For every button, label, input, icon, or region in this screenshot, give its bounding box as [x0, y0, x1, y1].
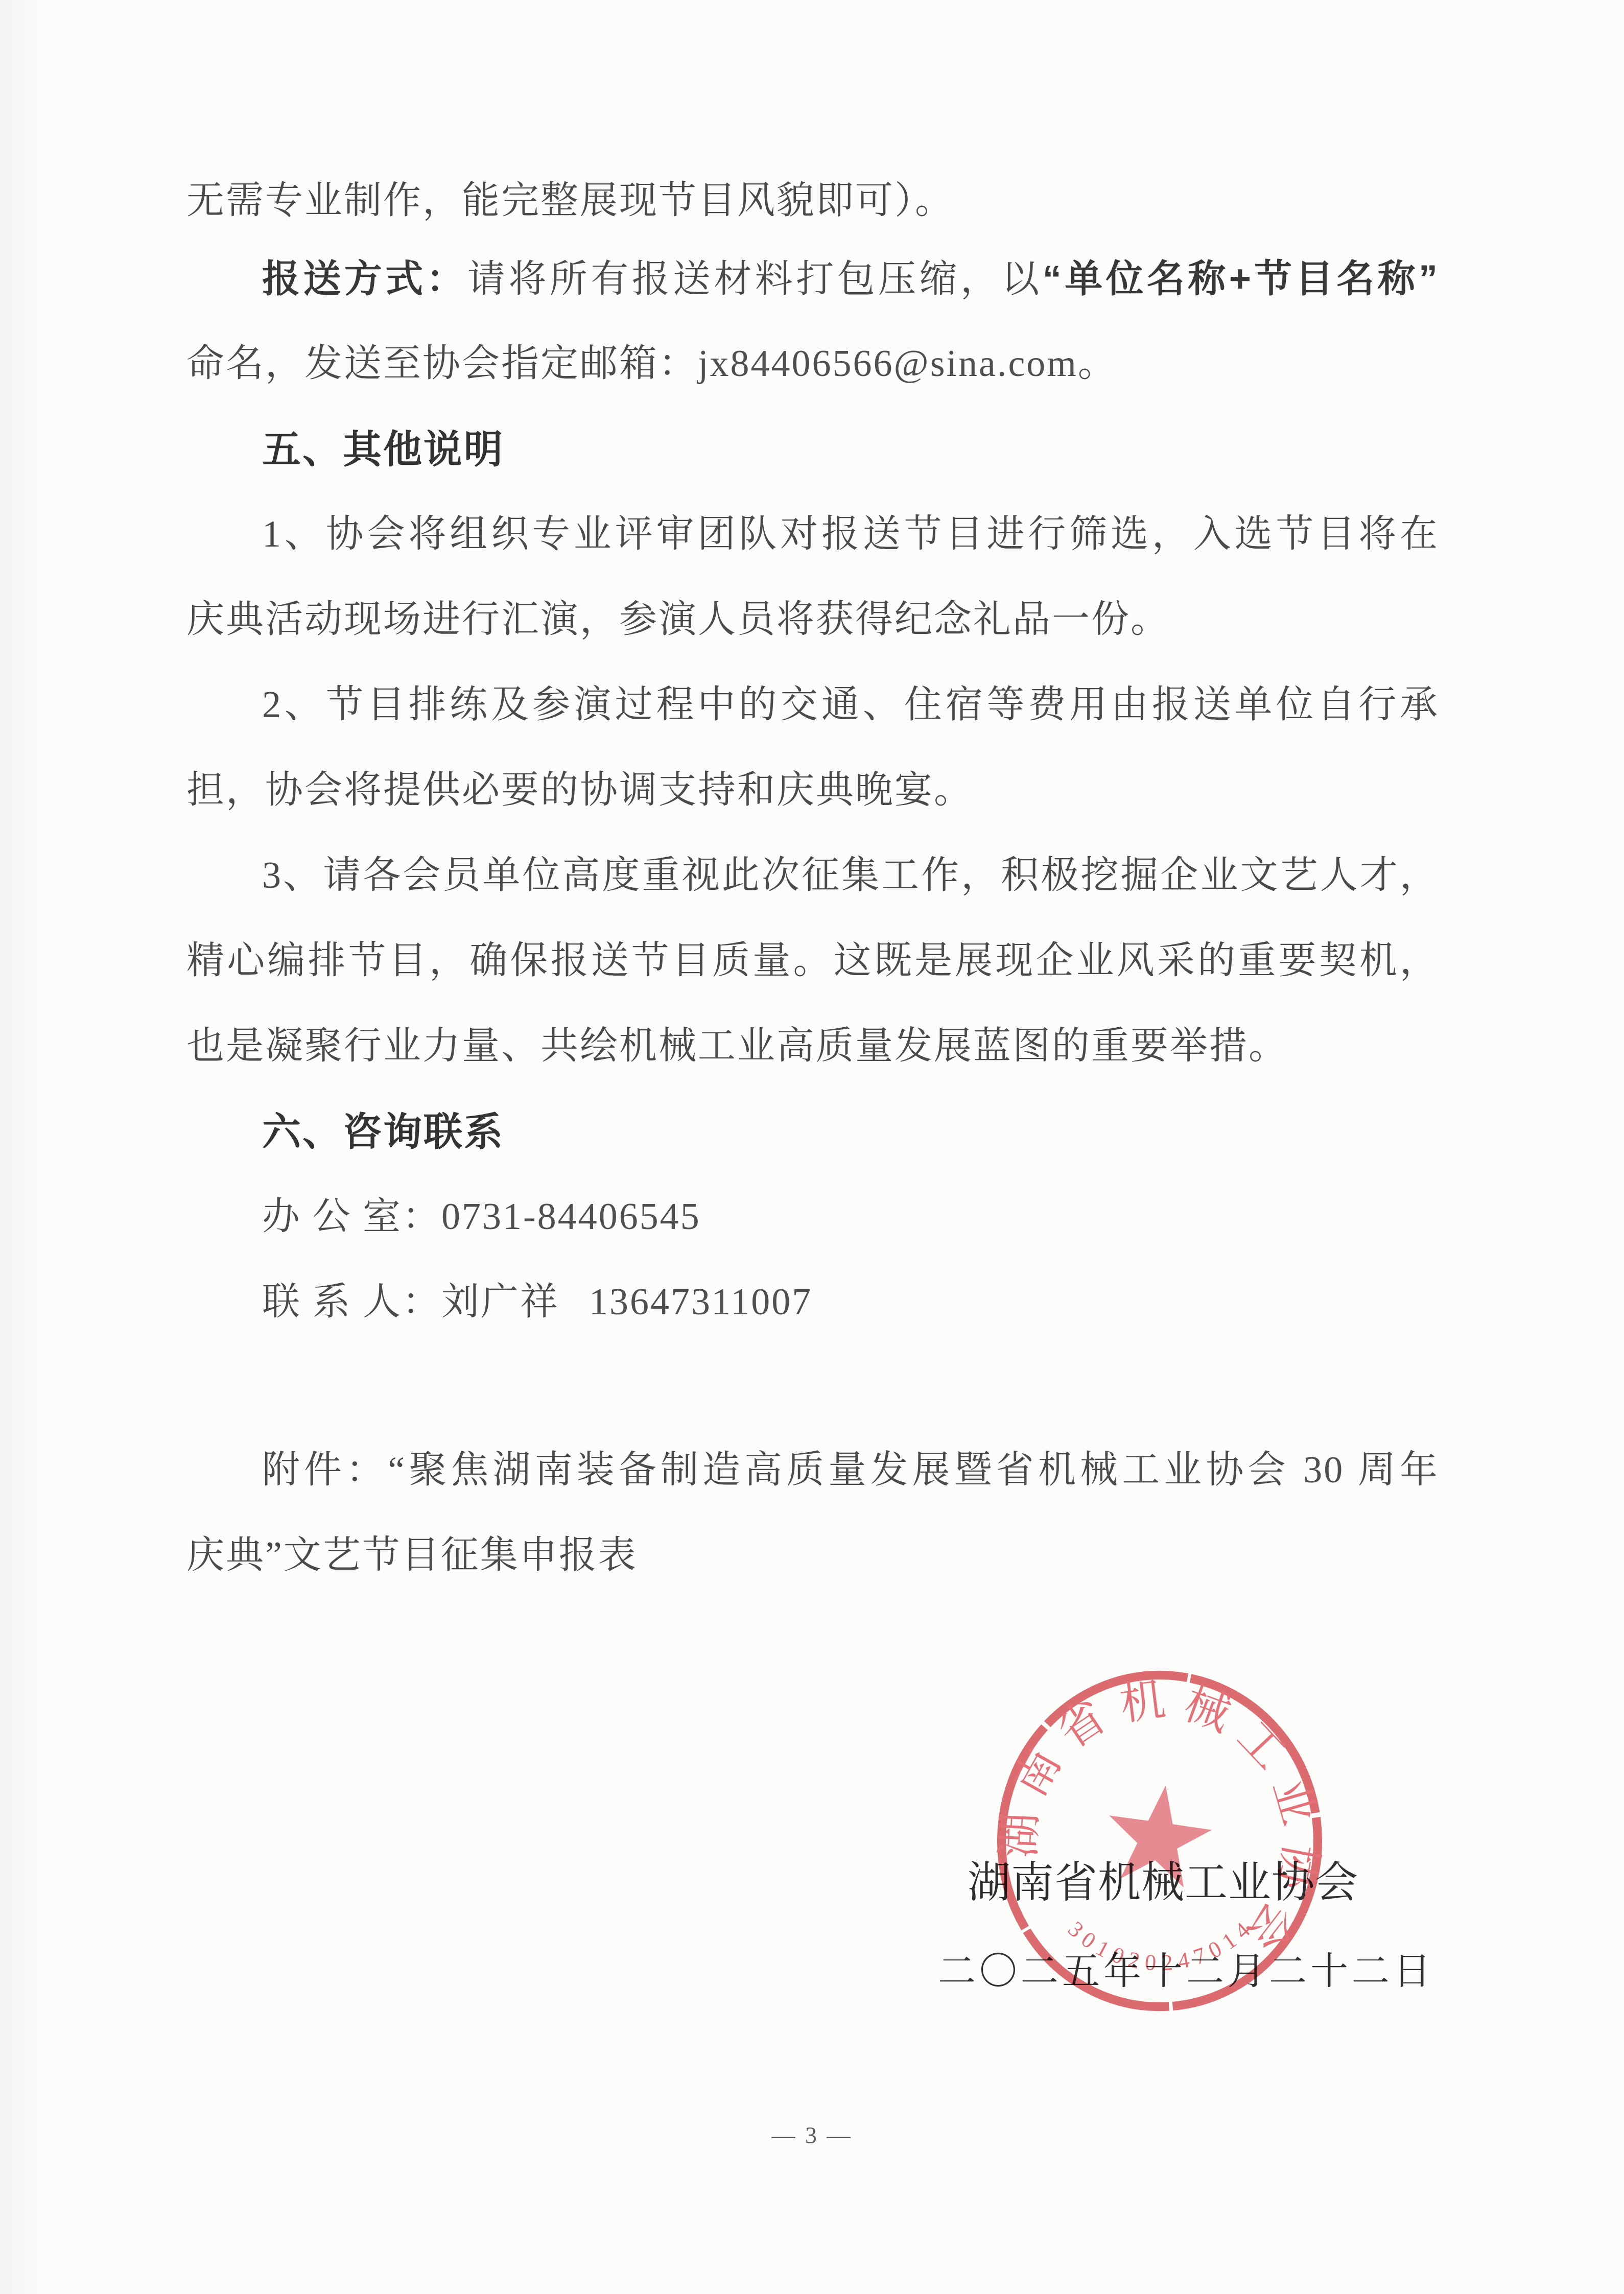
- contact-label: 联 系 人：: [262, 1281, 441, 1323]
- seal-code: 301020247014: [1063, 1917, 1255, 1975]
- body-line-1: 无需专业制作，能完整展现节目风貌即可）。: [186, 176, 1439, 226]
- item2-line-2: 担，协会将提供必要的协调支持和庆典晚宴。: [186, 766, 1439, 816]
- section-heading-5-text: 五、其他说明: [262, 428, 504, 471]
- submission-body: 请将所有报送材料打包压缩，以: [467, 258, 1043, 300]
- body-line-submission: 报送方式：请将所有报送材料打包压缩，以“单位名称+节目名称”: [186, 254, 1439, 305]
- seal-star-icon: [1109, 1785, 1212, 1887]
- body-line-email: 命名，发送至协会指定邮箱：jx84406566@sina.com。: [186, 339, 1439, 389]
- submission-highlight: “单位名称+节目名称”: [1043, 257, 1439, 300]
- official-seal: 湖南省机械工业协会 301020247014: [954, 1636, 1365, 2046]
- section-heading-5: 五、其他说明: [186, 424, 1439, 476]
- item1-line-1: 1、协会将组织专业评审团队对报送节目进行筛选，入选节目将在: [186, 510, 1439, 560]
- section-heading-6: 六、咨询联系: [186, 1107, 1439, 1158]
- attachment-pre: 附件：“聚焦湖南装备制造高质量发展暨省机械工业协会: [262, 1449, 1303, 1491]
- section-heading-6-text: 六、咨询联系: [262, 1110, 504, 1154]
- item1-line-2: 庆典活动现场进行汇演，参演人员将获得纪念礼品一份。: [186, 595, 1439, 645]
- page-number: — 3 —: [0, 2122, 1624, 2149]
- attachment-post: 周年: [1344, 1449, 1439, 1491]
- scanned-document-page: 无需专业制作，能完整展现节目风貌即可）。 报送方式：请将所有报送材料打包压缩，以…: [0, 0, 1624, 2294]
- svg-text:301020247014: 301020247014: [1063, 1917, 1255, 1975]
- item3-line-2: 精心编排节目，确保报送节目质量。这既是展现企业风采的重要契机，: [186, 936, 1439, 986]
- office-phone-number: 0731-84406545: [441, 1196, 701, 1238]
- item2-line-1: 2、节目排练及参演过程中的交通、住宿等费用由报送单位自行承: [186, 680, 1439, 730]
- attachment-number: 30: [1303, 1449, 1344, 1491]
- item3-line-1: 3、请各会员单位高度重视此次征集工作，积极挖掘企业文艺人才，: [186, 851, 1439, 901]
- submission-label: 报送方式：: [262, 257, 467, 300]
- contact-person-line: 联 系 人：刘广祥13647311007: [186, 1278, 1439, 1328]
- attachment-line-2: 庆典”文艺节目征集申报表: [186, 1531, 1439, 1581]
- email-line-pre: 命名，发送至协会指定邮箱：: [186, 343, 698, 385]
- contact-phone-number: 13647311007: [589, 1281, 812, 1323]
- email-address: jx84406566@sina.com: [698, 343, 1078, 385]
- office-phone-line: 办 公 室：0731-84406545: [186, 1192, 1439, 1242]
- email-line-post: 。: [1078, 343, 1117, 385]
- item3-line-3: 也是凝聚行业力量、共绘机械工业高质量发展蓝图的重要举措。: [186, 1022, 1439, 1072]
- contact-name: 刘广祥: [441, 1281, 559, 1323]
- attachment-line-1: 附件：“聚焦湖南装备制造高质量发展暨省机械工业协会 30 周年: [186, 1446, 1439, 1496]
- office-label: 办 公 室：: [262, 1196, 441, 1238]
